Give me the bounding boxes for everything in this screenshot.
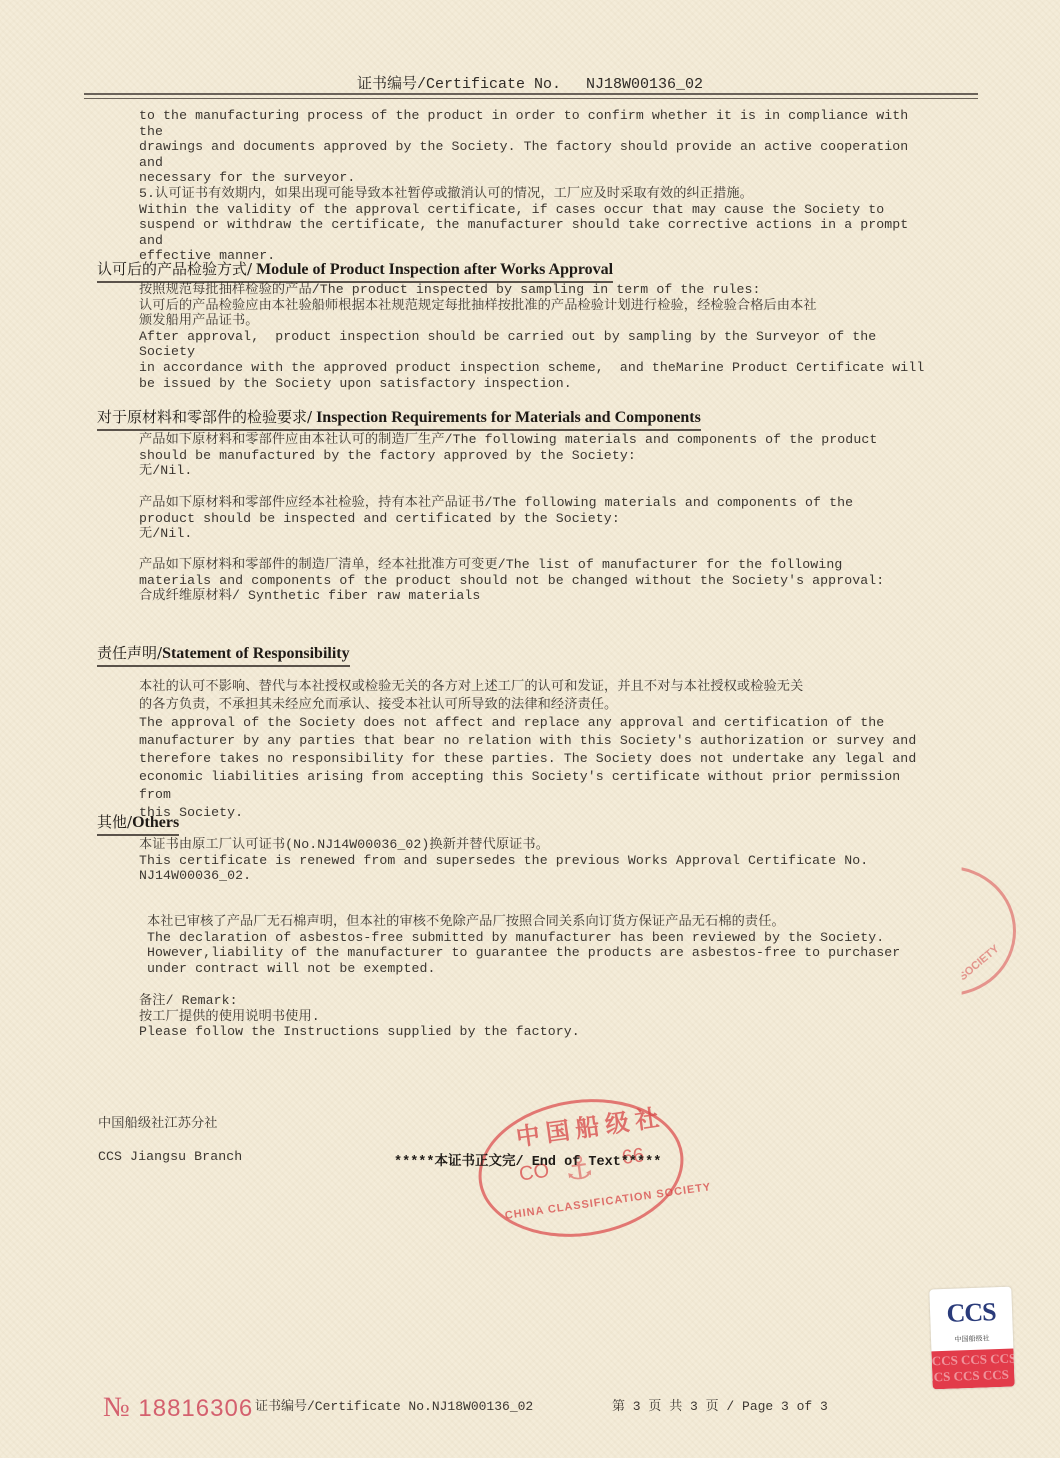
others-asbestos: 本社已审核了产品厂无石棉声明，但本社的审核不免除产品厂按照合同关系向订货方保证产… [147,914,947,976]
materials-item-1: 产品如下原材料和零部件应由本社认可的制造厂生产/The following ma… [139,432,939,479]
section-title-others: 其他/Others [97,811,179,836]
ccs-logo: CCS [930,1297,1013,1330]
ccs-security-pattern: CCS CCS CCS CCS CCS CCS [931,1349,1014,1390]
materials-item-2: 产品如下原材料和零部件应经本社检验，持有本社产品证书/The following… [139,495,939,542]
others-remark: 备注/ Remark: 按工厂提供的使用说明书使用. Please follow… [139,993,939,1040]
end-of-text-marker: *****本证书正文完/ End of Text***** [394,1149,661,1170]
serial-number: № 18816306 [103,1392,253,1424]
materials-item-3: 产品如下原材料和零部件的制造厂清单，经本社批准方可变更/The list of … [139,557,939,604]
header-divider [84,93,978,99]
branch-name-zh: 中国船级社江苏分社 [98,1116,218,1132]
responsibility-body: 本社的认可不影响、替代与本社授权或检验无关的各方对上述工厂的认可和发证，并且不对… [139,678,939,822]
certificate-header: 证书编号/Certificate No. NJ18W00136_02 [0,72,1060,93]
section-title-module: 认可后的产品检验方式/ Module of Product Inspection… [97,258,613,283]
footer-certificate-number: 证书编号/Certificate No.NJ18W00136_02 [255,1395,533,1414]
others-renewal: 本证书由原工厂认可证书(No.NJ14W00036_02)换新并替代原证书。 T… [139,837,939,884]
certificate-label: 证书编号/Certificate No. [357,76,561,93]
branch-name-en: CCS Jiangsu Branch [98,1149,242,1165]
certificate-number: NJ18W00136_02 [586,76,703,93]
intro-paragraph: to the manufacturing process of the prod… [139,108,939,264]
section-title-materials: 对于原材料和零部件的检验要求/ Inspection Requirements … [97,406,701,431]
section-title-responsibility: 责任声明/Statement of Responsibility [97,642,350,667]
ccs-security-label: CCS 中国船级社 CCS CCS CCS CCS CCS CCS [929,1287,1014,1390]
page-indicator: 第 3 页 共 3 页 / Page 3 of 3 [612,1395,828,1414]
module-body: 按照规范每批抽样检验的产品/The product inspected by s… [139,282,939,391]
ccs-logo-subtitle: 中国船级社 [937,1333,1007,1345]
